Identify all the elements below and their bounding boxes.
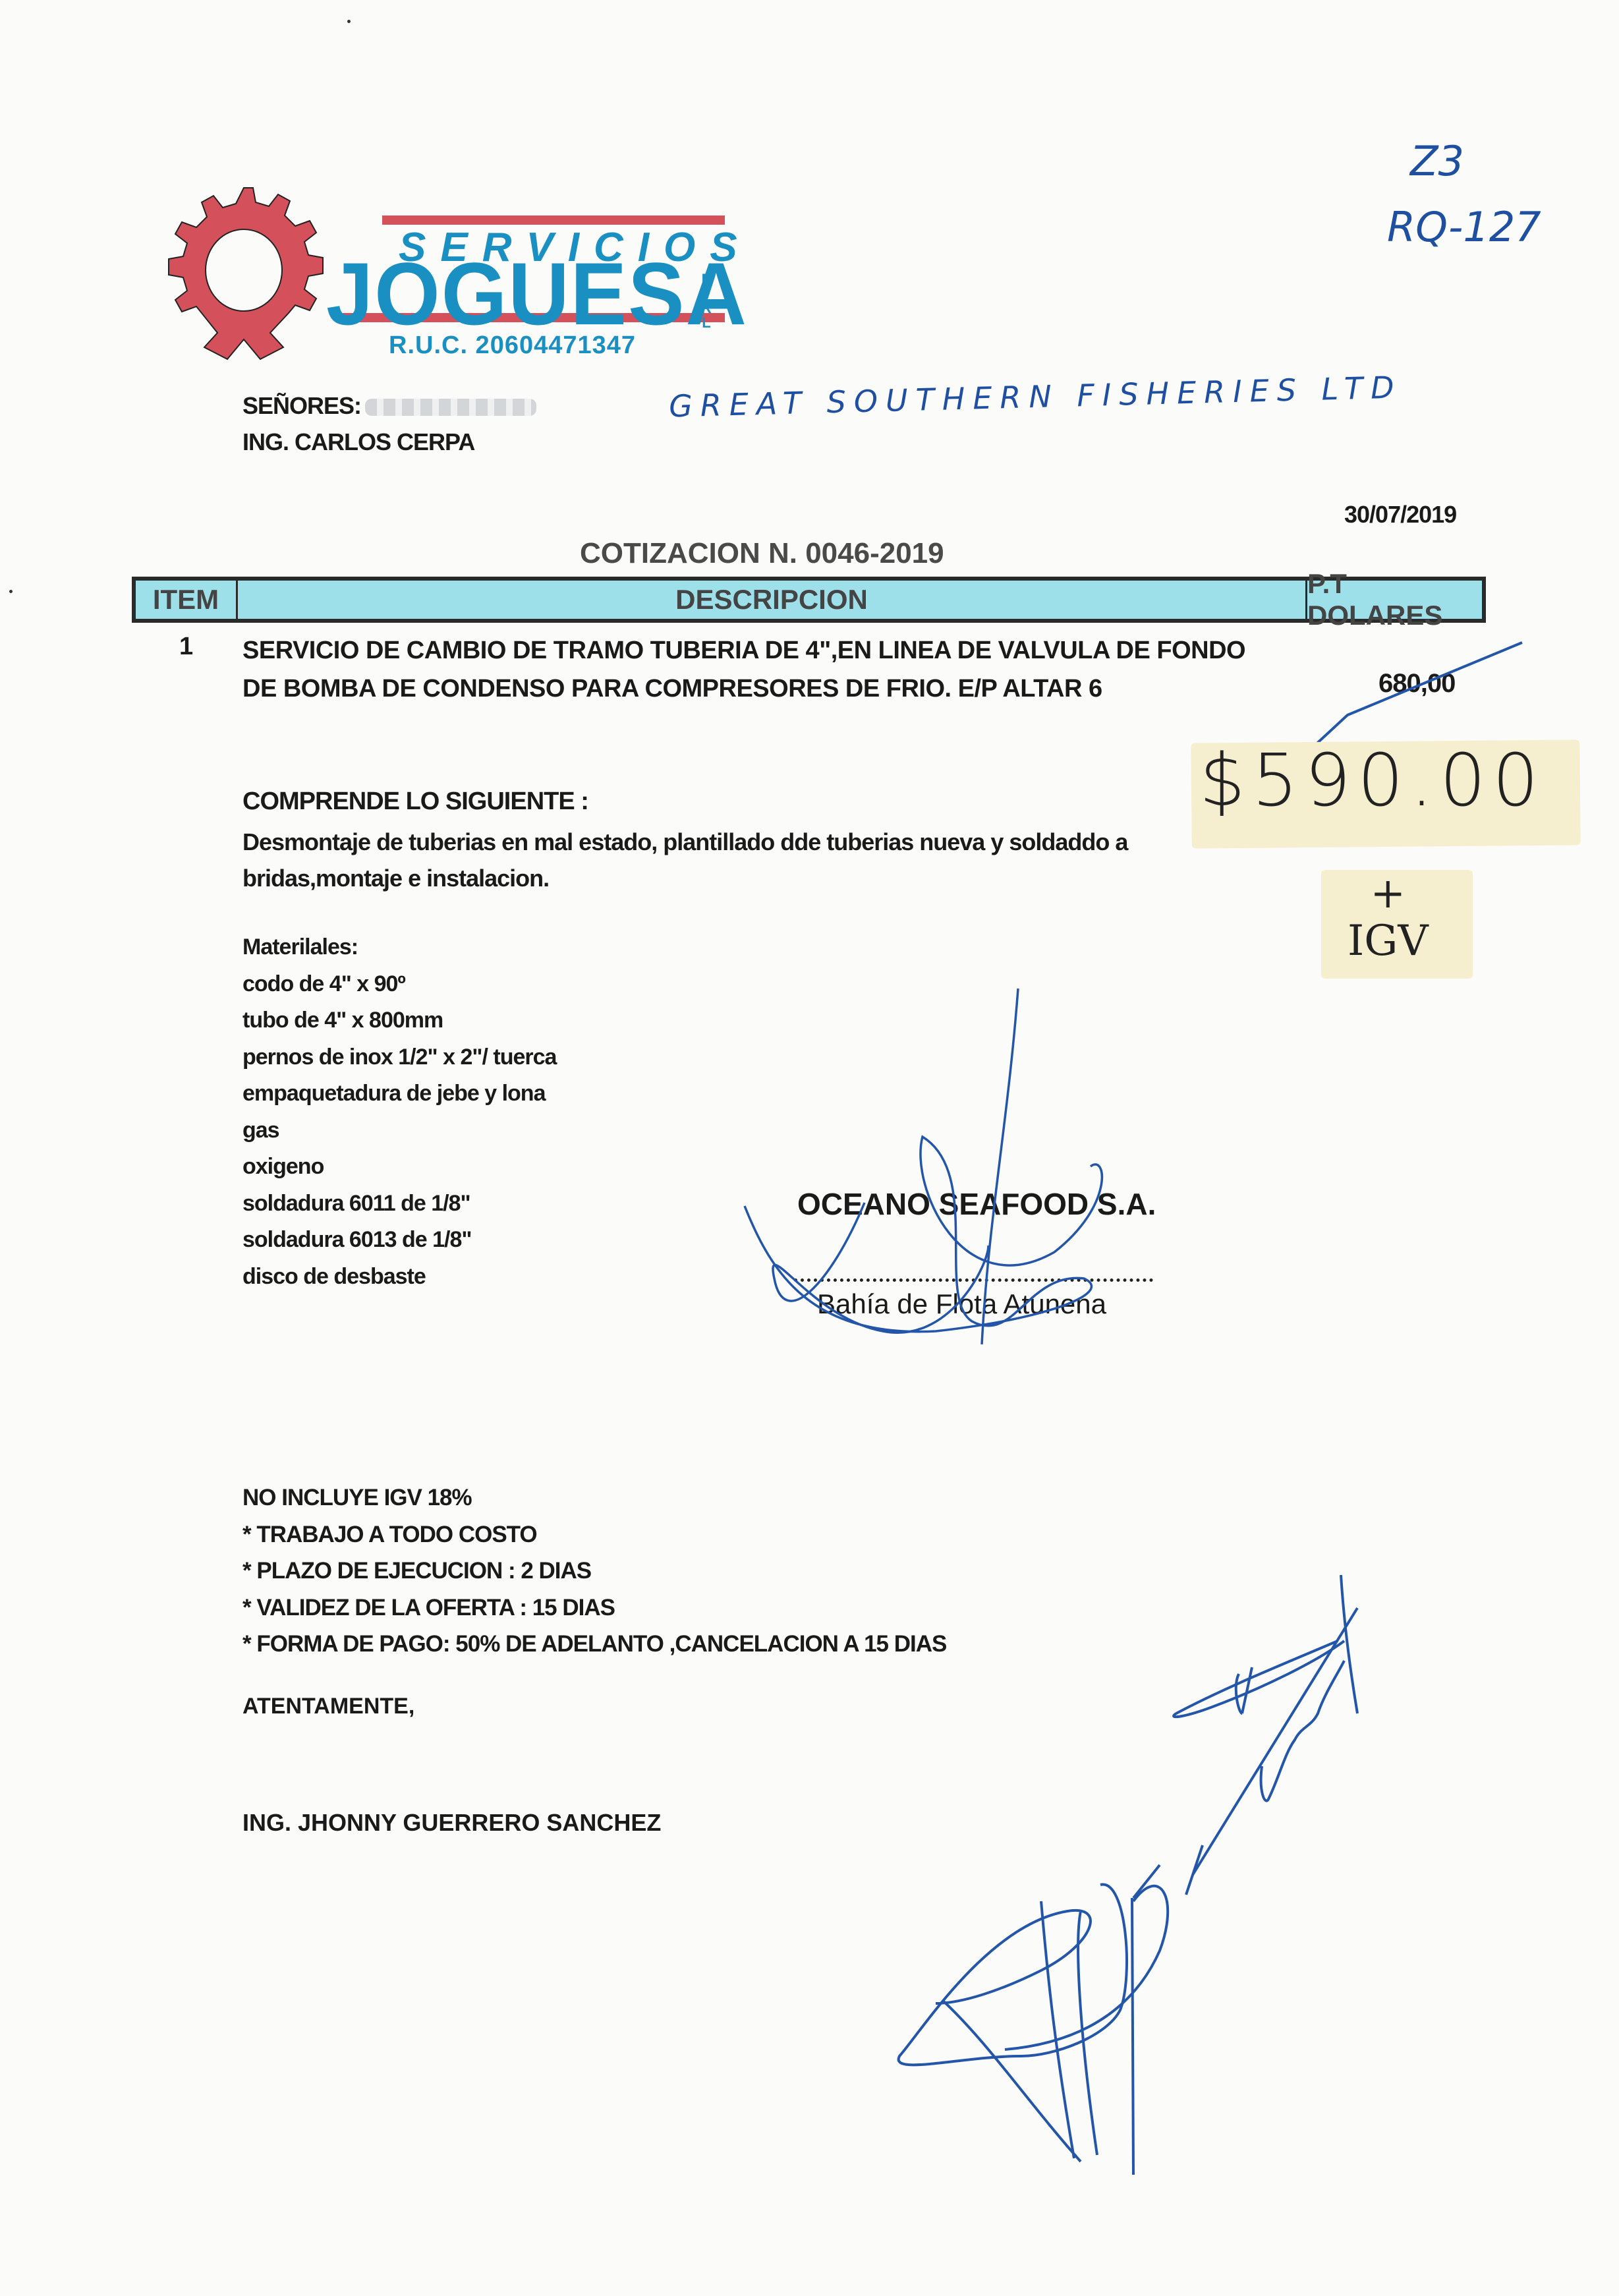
row-description-line2: DE BOMBA DE CONDENSO PARA COMPRESORES DE…: [242, 670, 1245, 708]
handwritten-plus: +: [1348, 870, 1429, 917]
list-item: empaquetadura de jebe y lona: [242, 1076, 556, 1112]
col-header-item: ITEM: [136, 581, 238, 619]
row-price-original: 680,00: [1378, 669, 1455, 699]
logo-eirl: E I R L: [700, 272, 713, 330]
list-item: soldadura 6013 de 1/8": [242, 1222, 556, 1259]
list-item: disco de desbaste: [242, 1259, 556, 1296]
scope-title: COMPRENDE LO SIGUIENTE :: [242, 788, 588, 816]
company-ruc: R.U.C. 20604471347: [389, 331, 636, 360]
handwritten-igv: IGV: [1348, 917, 1429, 965]
recipient-line: SEÑORES:: [242, 392, 536, 420]
scope-line2: bridas,montaje e instalacion.: [242, 860, 1231, 896]
stamp-subtitle: Bahía de Flota Atunena: [817, 1288, 1106, 1320]
term-item: * FORMA DE PAGO: 50% DE ADELANTO ,CANCEL…: [242, 1626, 946, 1663]
company-logo: SERVICIOS JOGUESA E I R L R.U.C. 2060447…: [145, 175, 725, 366]
row-item-number: 1: [179, 633, 192, 661]
term-item: * PLAZO DE EJECUCION : 2 DIAS: [242, 1553, 946, 1590]
logo-stripe-top: [382, 215, 725, 225]
handwritten-client-company: GREAT SOUTHERN FISHERIES LTD: [668, 369, 1402, 424]
table-header: ITEM DESCRIPCION P.T DOLARES: [132, 577, 1486, 623]
logo-joguesa: JOGUESA: [326, 250, 748, 339]
scan-speck: [347, 20, 351, 23]
materials-title: Materilales:: [242, 929, 556, 966]
handwritten-plus-igv: + IGV: [1348, 870, 1429, 965]
list-item: soldadura 6011 de 1/8": [242, 1186, 556, 1222]
quote-date: 30/07/2019: [1344, 501, 1456, 529]
list-item: tubo de 4" x 800mm: [242, 1002, 556, 1039]
term-item: NO INCLUYE IGV 18%: [242, 1479, 946, 1516]
stamp-company: OCEANO SEAFOOD S.A.: [797, 1186, 1156, 1222]
signer-name: ING. JHONNY GUERRERO SANCHEZ: [242, 1809, 661, 1837]
closing-salutation: ATENTAMENTE,: [242, 1694, 414, 1719]
recipient-attention: ING. CARLOS CERPA: [242, 428, 474, 456]
row-description-line1: SERVICIO DE CAMBIO DE TRAMO TUBERIA DE 4…: [242, 631, 1245, 670]
terms-list: NO INCLUYE IGV 18% * TRABAJO A TODO COST…: [242, 1479, 946, 1663]
handwritten-ref-line1: Z3: [1404, 129, 1541, 194]
term-item: * TRABAJO A TODO COSTO: [242, 1516, 946, 1553]
table-row-description: SERVICIO DE CAMBIO DE TRAMO TUBERIA DE 4…: [242, 631, 1245, 708]
scope-description: Desmontaje de tuberias en mal estado, pl…: [242, 824, 1231, 896]
handwritten-reference: Z3 RQ-127: [1404, 129, 1541, 260]
scan-speck: [9, 590, 13, 593]
engineer-signature-icon: [0, 0, 7, 7]
scope-line1: Desmontaje de tuberias en mal estado, pl…: [242, 824, 1231, 860]
col-header-price: P.T DOLARES: [1307, 581, 1482, 619]
recipient-label: SEÑORES:: [242, 392, 361, 419]
col-header-description: DESCRIPCION: [238, 581, 1307, 619]
redacted-name: [365, 399, 536, 416]
materials-list: Materilales: codo de 4" x 90º tubo de 4"…: [242, 929, 556, 1295]
handwritten-ref-line2: RQ-127: [1387, 194, 1541, 260]
quote-title: COTIZACION N. 0046-2019: [580, 537, 944, 570]
list-item: pernos de inox 1/2" x 2"/ tuerca: [242, 1039, 556, 1076]
list-item: oxigeno: [242, 1149, 556, 1186]
list-item: codo de 4" x 90º: [242, 966, 556, 1003]
gear-hands-icon: [145, 175, 343, 366]
term-item: * VALIDEZ DE LA OFERTA : 15 DIAS: [242, 1590, 946, 1626]
list-item: gas: [242, 1112, 556, 1149]
handwritten-new-price: $590.00: [1199, 738, 1545, 822]
